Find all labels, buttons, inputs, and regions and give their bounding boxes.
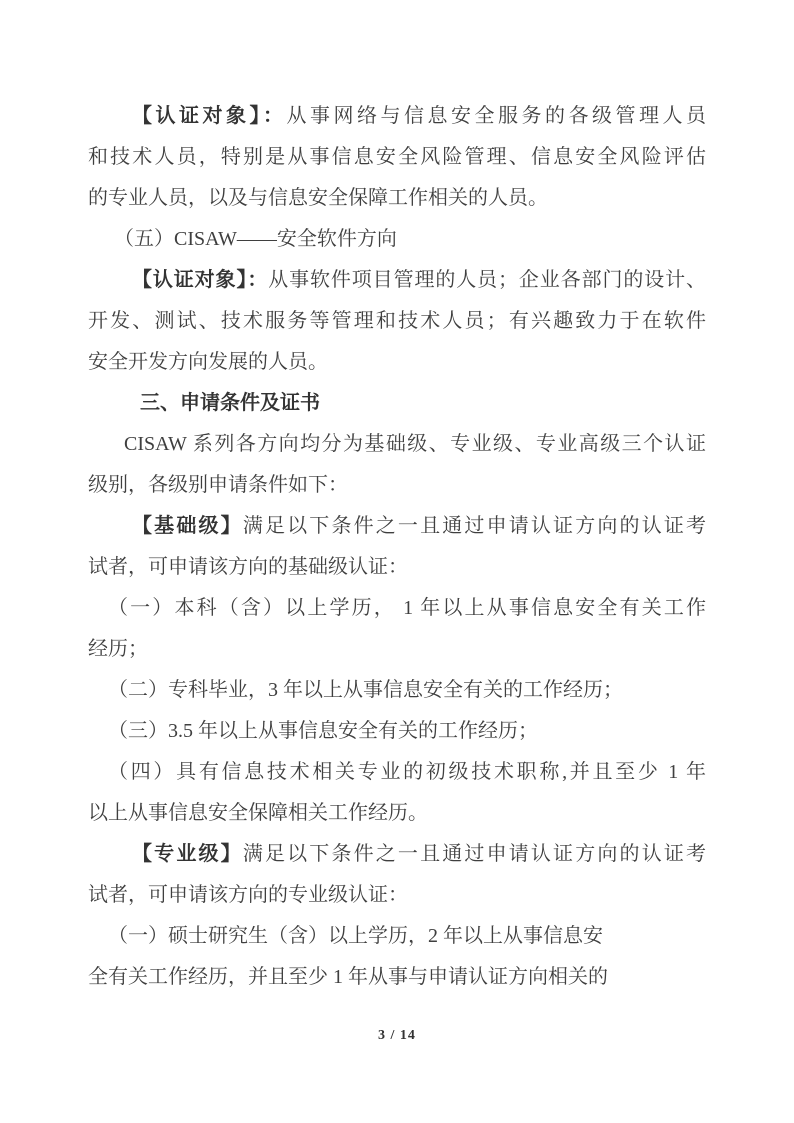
text-segment: 以上从事信息安全保障相关工作经历。 xyxy=(88,802,428,824)
document-page: 【认证对象】：从事网络与信息安全服务的各级管理人员和技术人员，特别是从事信息安全… xyxy=(0,0,794,1123)
para-cert-target-2-line-2: 开发、测试、技术服务等管理和技术人员；有兴趣致力于在软件 xyxy=(88,301,706,342)
text-segment: 的专业人员，以及与信息安全保障工作相关的人员。 xyxy=(88,187,548,209)
text-segment: 级别，各级别申请条件如下： xyxy=(88,474,348,496)
para-cert-target-2-line-3: 安全开发方向发展的人员。 xyxy=(88,342,706,383)
bold-label: 【专业级】 xyxy=(132,843,243,865)
bold-label: 【认证对象】： xyxy=(132,105,287,127)
text-segment: 全有关工作经历，并且至少 1 年从事与申请认证方向相关的 xyxy=(88,966,608,988)
text-segment: 试者，可申请该方向的专业级认证： xyxy=(88,884,408,906)
heading-direction-5: （五）CISAW——安全软件方向 xyxy=(88,219,706,260)
heading-section-3: 三、申请条件及证书 xyxy=(88,383,706,424)
bold-label: 【基础级】 xyxy=(132,515,243,537)
para-cert-target-1-line-3: 的专业人员，以及与信息安全保障工作相关的人员。 xyxy=(88,178,706,219)
para-basic-item-3: （三）3.5 年以上从事信息安全有关的工作经历； xyxy=(88,711,706,752)
para-basic-item-4-line-2: 以上从事信息安全保障相关工作经历。 xyxy=(88,793,706,834)
text-segment: 和技术人员，特别是从事信息安全风险管理、信息安全风险评估 xyxy=(88,146,706,168)
text-segment: （五）CISAW——安全软件方向 xyxy=(114,228,397,250)
para-levels-intro-line-2: 级别，各级别申请条件如下： xyxy=(88,465,706,506)
para-cert-target-1-line-2: 和技术人员，特别是从事信息安全风险管理、信息安全风险评估 xyxy=(88,137,706,178)
text-segment: 满足以下条件之一且通过申请认证方向的认证考 xyxy=(243,515,706,537)
text-segment: （四）具有信息技术相关专业的初级技术职称,并且至少 1 年 xyxy=(108,761,706,783)
para-basic-item-4-line-1: （四）具有信息技术相关专业的初级技术职称,并且至少 1 年 xyxy=(88,752,706,793)
para-pro-item-1-line-1: （一）硕士研究生（含）以上学历，2 年以上从事信息安 xyxy=(88,916,706,957)
para-basic-item-2: （二）专科毕业，3 年以上从事信息安全有关的工作经历； xyxy=(88,670,706,711)
para-basic-level-line-2: 试者，可申请该方向的基础级认证： xyxy=(88,547,706,588)
bold-label: 【认证对象】： xyxy=(132,269,268,291)
para-cert-target-2-line-1: 【认证对象】：从事软件项目管理的人员；企业各部门的设计、 xyxy=(88,260,706,301)
text-segment: （三）3.5 年以上从事信息安全有关的工作经历； xyxy=(108,720,538,742)
text-segment: 安全开发方向发展的人员。 xyxy=(88,351,328,373)
text-segment: （二）专科毕业，3 年以上从事信息安全有关的工作经历； xyxy=(108,679,623,701)
text-segment: 从事软件项目管理的人员；企业各部门的设计、 xyxy=(268,269,706,291)
document-body: 【认证对象】：从事网络与信息安全服务的各级管理人员和技术人员，特别是从事信息安全… xyxy=(88,96,706,998)
para-pro-level-line-1: 【专业级】满足以下条件之一且通过申请认证方向的认证考 xyxy=(88,834,706,875)
text-segment: CISAW 系列各方向均分为基础级、专业级、专业高级三个认证 xyxy=(124,433,706,455)
text-segment: 从事网络与信息安全服务的各级管理人员 xyxy=(287,105,707,127)
para-cert-target-1-line-1: 【认证对象】：从事网络与信息安全服务的各级管理人员 xyxy=(88,96,706,137)
text-segment: 试者，可申请该方向的基础级认证： xyxy=(88,556,408,578)
para-levels-intro-line-1: CISAW 系列各方向均分为基础级、专业级、专业高级三个认证 xyxy=(88,424,706,465)
text-segment: （一）硕士研究生（含）以上学历，2 年以上从事信息安 xyxy=(108,925,603,947)
para-basic-level-line-1: 【基础级】满足以下条件之一且通过申请认证方向的认证考 xyxy=(88,506,706,547)
para-basic-item-1-line-1: （一）本科（含）以上学历， 1 年以上从事信息安全有关工作 xyxy=(88,588,706,629)
bold-label: 三、申请条件及证书 xyxy=(140,392,320,414)
text-segment: 满足以下条件之一且通过申请认证方向的认证考 xyxy=(243,843,706,865)
para-pro-item-1-line-2: 全有关工作经历，并且至少 1 年从事与申请认证方向相关的 xyxy=(88,957,706,998)
para-pro-level-line-2: 试者，可申请该方向的专业级认证： xyxy=(88,875,706,916)
text-segment: （一）本科（含）以上学历， 1 年以上从事信息安全有关工作 xyxy=(108,597,706,619)
page-number: 3 / 14 xyxy=(88,1026,706,1046)
text-segment: 经历； xyxy=(88,638,148,660)
para-basic-item-1-line-2: 经历； xyxy=(88,629,706,670)
text-segment: 开发、测试、技术服务等管理和技术人员；有兴趣致力于在软件 xyxy=(88,310,706,332)
